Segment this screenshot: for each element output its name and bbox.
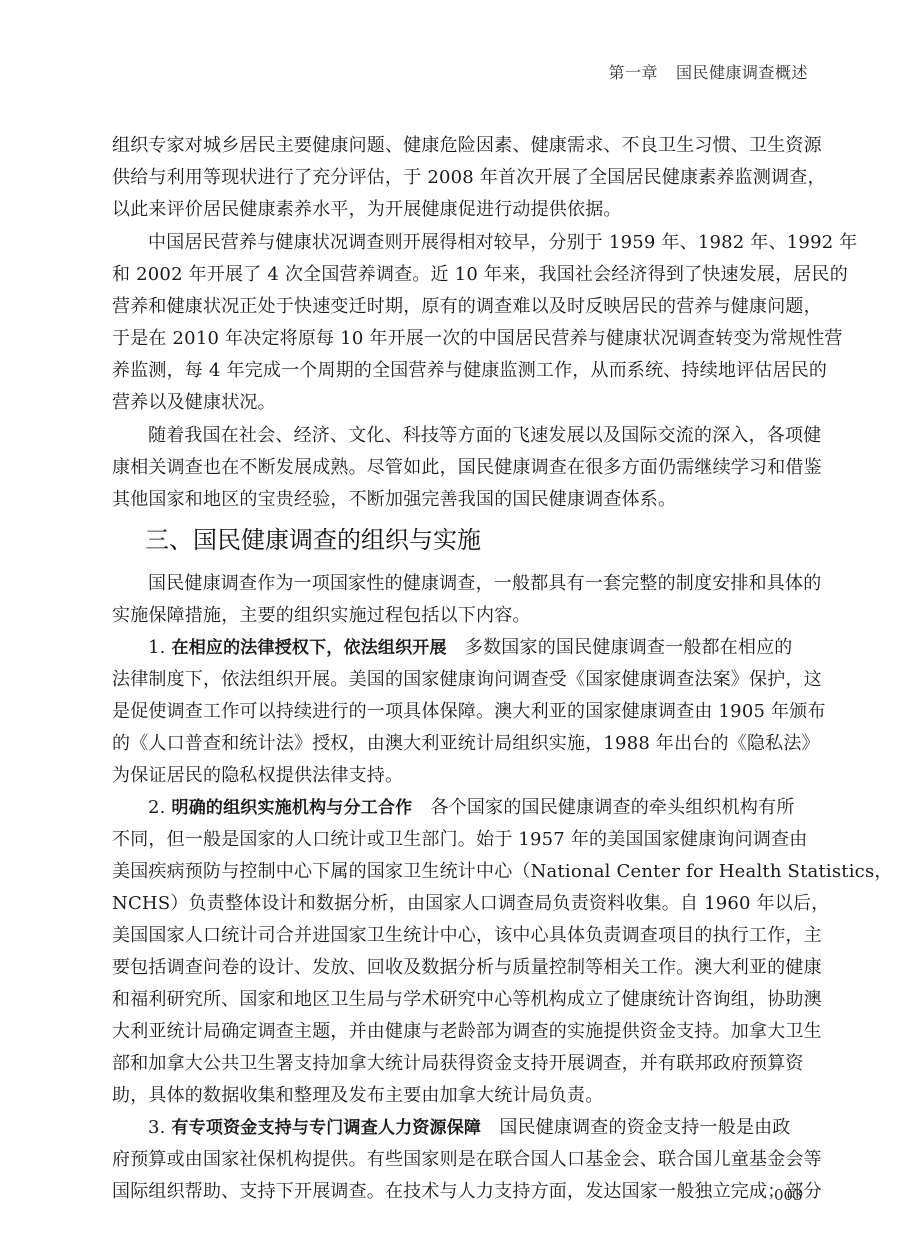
text-line: 供给与利用等现状进行了充分评估，于 2008 年首次开展了全国居民健康素养监测调… (112, 168, 826, 188)
item-number: 2. (148, 797, 166, 818)
text-line: 部和加拿大公共卫生署支持加拿大统计局获得资金支持开展调查，并有联邦政府预算资 (112, 1054, 804, 1074)
text-line: 国民健康调查作为一项国家性的健康调查，一般都具有一套完整的制度安排和具体的 (148, 574, 821, 594)
text-line: 的《人口普查和统计法》授权，由澳大利亚统计局组织实施，1988 年出台的《隐私法… (112, 734, 820, 754)
item-title: 明确的组织实施机构与分工合作 (172, 798, 413, 818)
text-line: 组织专家对城乡居民主要健康问题、健康危险因素、健康需求、不良卫生习惯、卫生资源 (112, 136, 822, 156)
text-line: 养监测，每 4 年完成一个周期的全国营养与健康监测工作，从而系统、持续地评估居民… (112, 361, 827, 381)
text-line: 国际组织帮助、支持下开展调查。在技术与人力支持方面，发达国家一般独立完成；部分 (112, 1182, 822, 1202)
item-title: 有专项资金支持与专门调查人力资源保障 (172, 1118, 482, 1138)
page-number: 003 (774, 1186, 803, 1204)
list-item-heading: 3. 有专项资金支持与专门调查人力资源保障 国民健康调查的资金支持一般是由政 (148, 1118, 791, 1138)
text-line: 营养以及健康状况。 (112, 393, 276, 413)
text-line: 营养和健康状况正处于快速变迁时期，原有的调查难以及时反映居民的营养与健康问题， (112, 297, 822, 317)
text-line: NCHS）负责整体设计和数据分析，由国家人口调查局负责资料收集。自 1960 年… (112, 894, 829, 914)
item-text: 各个国家的国民健康调查的牵头组织机构有所 (431, 797, 795, 818)
text-line: 其他国家和地区的宝贵经验，不断加强完善我国的国民健康调查体系。 (112, 490, 676, 510)
text-line: 大利亚统计局确定调查主题，并由健康与老龄部为调查的实施提供资金支持。加拿大卫生 (112, 1022, 822, 1042)
text-line: 中国居民营养与健康状况调查则开展得相对较早，分别于 1959 年、1982 年、… (148, 233, 858, 253)
text-line: 和 2002 年开展了 4 次全国营养调查。近 10 年来，我国社会经济得到了快… (112, 265, 848, 285)
text-line: 不同，但一般是国家的人口统计或卫生部门。始于 1957 年的美国国家健康询问调查… (112, 830, 807, 850)
text-line: 随着我国在社会、经济、文化、科技等方面的飞速发展以及国际交流的深入，各项健 (148, 426, 821, 446)
text-line: 以此来评价居民健康素养水平，为开展健康促进行动提供依据。 (112, 200, 622, 220)
text-line: 要包括调查问卷的设计、发放、回收及数据分析与质量控制等相关工作。澳大利亚的健康 (112, 958, 822, 978)
text-line: 府预算或由国家社保机构提供。有些国家则是在联合国人口基金会、联合国儿童基金会等 (112, 1150, 822, 1170)
list-item-heading: 2. 明确的组织实施机构与分工合作 各个国家的国民健康调查的牵头组织机构有所 (148, 798, 795, 818)
item-number: 1. (148, 637, 166, 658)
running-header: 第一章国民健康调查概述 (608, 60, 808, 83)
text-line: 法律制度下，依法组织开展。美国的国家健康询问调查受《国家健康调查法案》保护，这 (112, 670, 822, 690)
text-line: 和福利研究所、国家和地区卫生局与学术研究中心等机构成立了健康统计咨询组，协助澳 (112, 990, 822, 1010)
text-line: 康相关调查也在不断发展成熟。尽管如此，国民健康调查在很多方面仍需继续学习和借鉴 (112, 458, 822, 478)
text-line: 为保证居民的隐私权提供法律支持。 (112, 766, 403, 786)
chapter-label: 第一章 (608, 63, 658, 82)
text-line: 实施保障措施，主要的组织实施过程包括以下内容。 (112, 606, 531, 626)
text-line: 美国疾病预防与控制中心下属的国家卫生统计中心（National Center f… (112, 862, 893, 882)
list-item-heading: 1. 在相应的法律授权下，依法组织开展 多数国家的国民健康调查一般都在相应的 (148, 638, 793, 658)
item-text: 多数国家的国民健康调查一般都在相应的 (465, 637, 793, 658)
text-line: 美国国家人口统计司合并进国家卫生统计中心，该中心具体负责调查项目的执行工作，主 (112, 926, 822, 946)
text-line: 于是在 2010 年决定将原每 10 年开展一次的中国居民营养与健康状况调查转变… (112, 329, 843, 349)
text-line: 是促使调查工作可以持续进行的一项具体保障。澳大利亚的国家健康调查由 1905 年… (112, 702, 826, 722)
text-line: 助，具体的数据收集和整理及发布主要由加拿大统计局负责。 (112, 1086, 603, 1106)
item-number: 3. (148, 1117, 166, 1138)
item-text: 国民健康调查的资金支持一般是由政 (499, 1117, 790, 1138)
item-title: 在相应的法律授权下，依法组织开展 (172, 638, 447, 658)
section-heading: 三、国民健康调查的组织与实施 (145, 526, 481, 554)
chapter-title: 国民健康调查概述 (676, 63, 808, 82)
